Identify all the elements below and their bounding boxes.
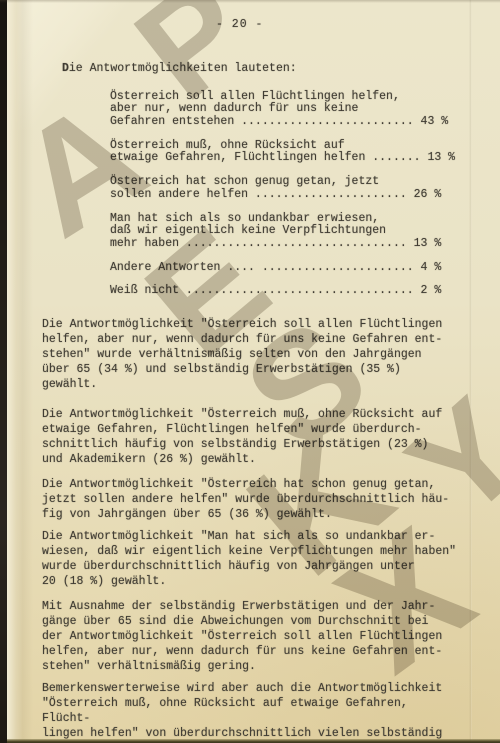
paragraph: Die Antwortmöglichkeit "Österreich hat s… xyxy=(42,477,458,522)
page-content: - 20 - Die Antwortmöglichkeiten lauteten… xyxy=(0,0,500,743)
paragraph: Bemerkenswerterweise wird aber auch die … xyxy=(42,681,458,741)
paragraph: Die Antwortmöglichkeit "Österreich soll … xyxy=(42,317,458,392)
scan-bottom-edge xyxy=(7,739,500,743)
page-number: - 20 - xyxy=(216,18,263,31)
intro-line: Die Antwortmöglichkeiten lauteten: xyxy=(62,62,297,75)
paragraph: Die Antwortmöglichkeit "Man hat sich als… xyxy=(42,529,458,589)
scan-top-edge xyxy=(0,0,500,3)
answer-option: Österreich soll allen Flüchtlingen helfe… xyxy=(110,91,500,128)
answer-option: Andere Antworten .... ..................… xyxy=(110,262,500,274)
answer-option: Österreich hat schon genug getan, jetzt … xyxy=(110,176,500,201)
scan-left-edge xyxy=(0,0,7,743)
answer-option: Man hat sich als so undankbar erwiesen, … xyxy=(110,213,500,250)
paragraph: Die Antwortmöglichkeit "Österreich muß, … xyxy=(42,407,458,467)
paper-left-margin-shadow xyxy=(7,0,33,743)
paragraph: Mit Ausnahme der selbständig Erwerbstäti… xyxy=(42,599,458,674)
answer-option: Österreich muß, ohne Rücksicht auf etwai… xyxy=(110,140,500,165)
answer-options-list: Österreich soll allen Flüchtlingen helfe… xyxy=(110,91,500,298)
scanned-document-page: - 20 - Die Antwortmöglichkeiten lauteten… xyxy=(0,0,500,743)
analysis-paragraphs: Die Antwortmöglichkeit "Österreich soll … xyxy=(42,317,458,741)
answer-option: Weiß nicht .............................… xyxy=(110,285,500,297)
